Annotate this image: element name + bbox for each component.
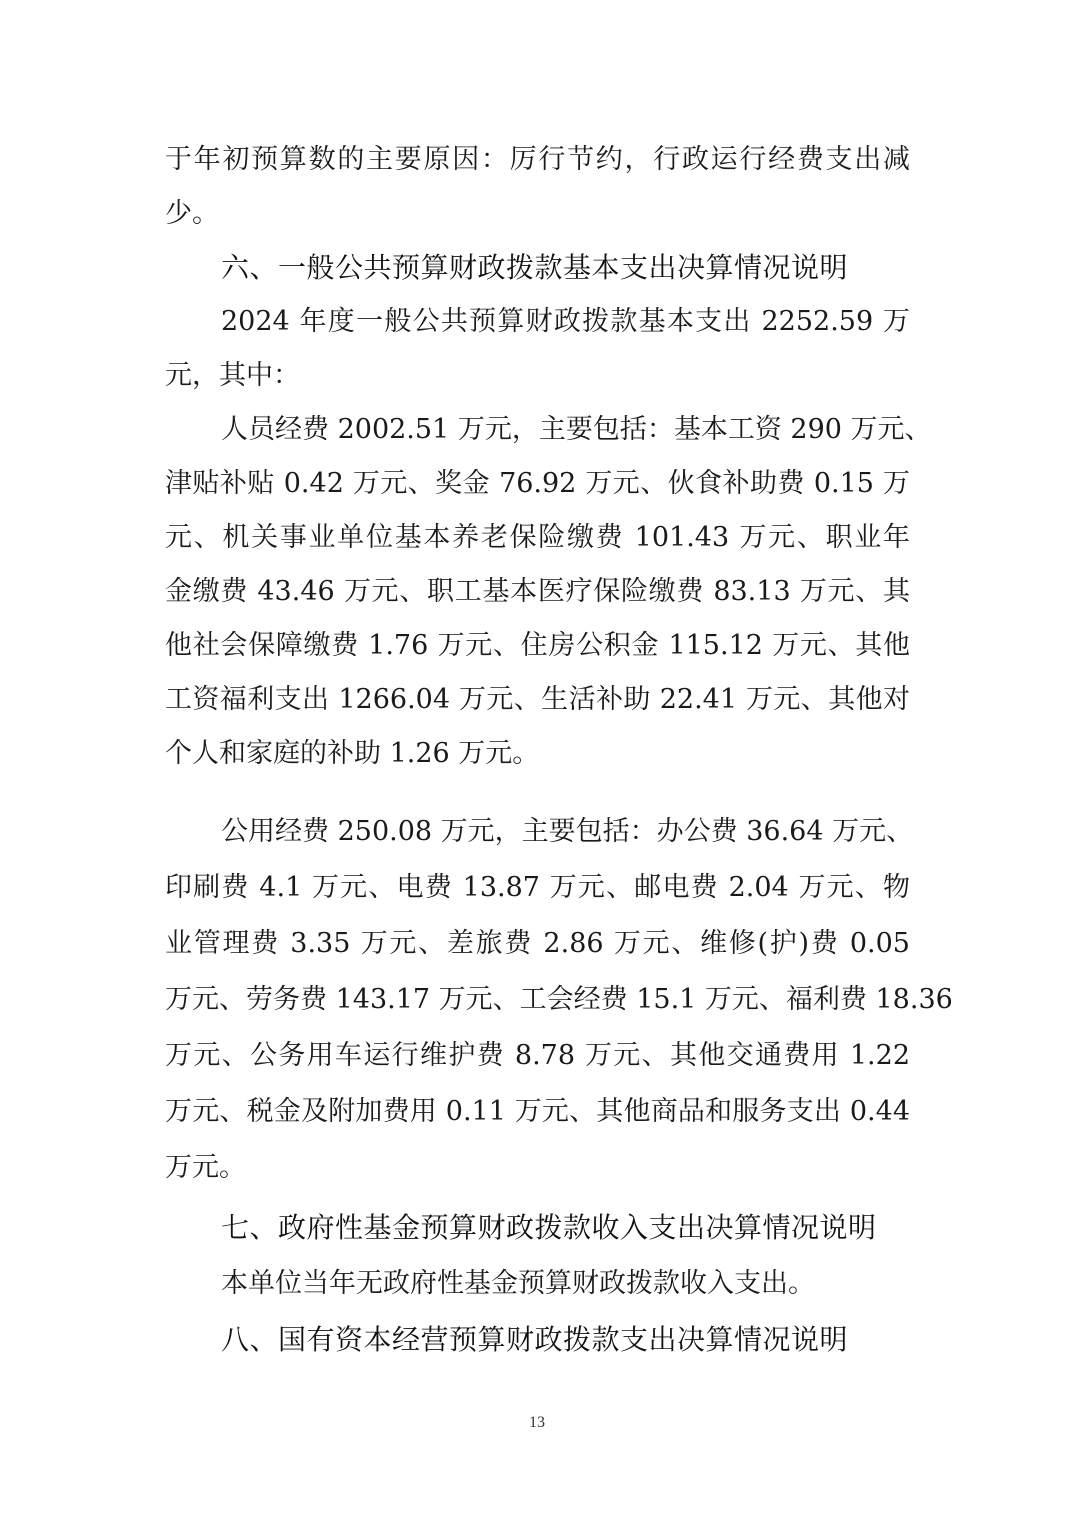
text-line: 津贴补贴 0.42 万元、奖金 76.92 万元、伙食补助费 0.15 万 bbox=[165, 466, 910, 502]
text-line: 万元。 bbox=[165, 1150, 910, 1186]
document-page: 于年初预算数的主要原因：厉行节约，行政运行经费支出减 少。 六、一般公共预算财政… bbox=[0, 0, 1074, 1520]
text-line: 万元、税金及附加费用 0.11 万元、其他商品和服务支出 0.44 bbox=[165, 1094, 910, 1130]
section-heading-8: 八、国有资本经营预算财政拨款支出决算情况说明 bbox=[221, 1322, 848, 1358]
text-line: 业管理费 3.35 万元、差旅费 2.86 万元、维修(护)费 0.05 bbox=[165, 926, 910, 962]
section-heading-7: 七、政府性基金预算财政拨款收入支出决算情况说明 bbox=[221, 1210, 877, 1246]
text-line: 于年初预算数的主要原因：厉行节约，行政运行经费支出减 bbox=[165, 142, 910, 178]
text-line: 金缴费 43.46 万元、职工基本医疗保险缴费 83.13 万元、其 bbox=[165, 574, 910, 610]
text-line: 元、机关事业单位基本养老保险缴费 101.43 万元、职业年 bbox=[165, 520, 910, 556]
text-line: 个人和家庭的补助 1.26 万元。 bbox=[165, 736, 910, 772]
text-line: 万元、公务用车运行维护费 8.78 万元、其他交通费用 1.22 bbox=[165, 1038, 910, 1074]
text-line: 人员经费 2002.51 万元，主要包括：基本工资 290 万元、 bbox=[221, 412, 910, 448]
text-line: 印刷费 4.1 万元、电费 13.87 万元、邮电费 2.04 万元、物 bbox=[165, 870, 910, 906]
text-line: 少。 bbox=[165, 196, 910, 232]
section-heading-6: 六、一般公共预算财政拨款基本支出决算情况说明 bbox=[221, 250, 848, 286]
text-line: 2024 年度一般公共预算财政拨款基本支出 2252.59 万 bbox=[221, 304, 910, 340]
text-line: 元，其中： bbox=[165, 358, 910, 394]
text-line: 公用经费 250.08 万元，主要包括：办公费 36.64 万元、 bbox=[221, 814, 910, 850]
text-line: 万元、劳务费 143.17 万元、工会经费 15.1 万元、福利费 18.36 bbox=[165, 982, 910, 1018]
text-line: 他社会保障缴费 1.76 万元、住房公积金 115.12 万元、其他 bbox=[165, 628, 910, 664]
page-number: 13 bbox=[0, 1414, 1074, 1432]
text-line: 本单位当年无政府性基金预算财政拨款收入支出。 bbox=[221, 1266, 910, 1302]
text-line: 工资福利支出 1266.04 万元、生活补助 22.41 万元、其他对 bbox=[165, 682, 910, 718]
